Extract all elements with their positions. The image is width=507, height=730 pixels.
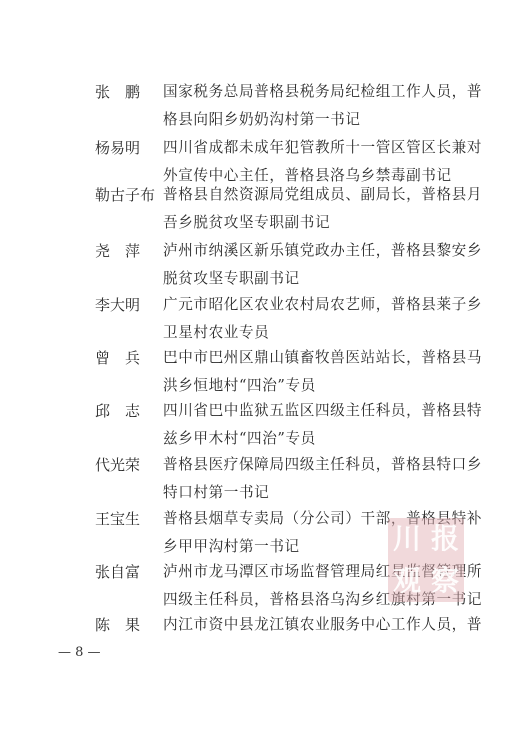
person-name: 李大明	[95, 291, 157, 319]
person-description: 泸州市纳溪区新乐镇党政办主任，普格县黎安乡 脱贫攻坚专职副书记	[163, 237, 463, 293]
person-name: 王宝生	[95, 505, 157, 533]
person-name: 曾 兵	[95, 344, 157, 372]
person-name: 杨易明	[95, 134, 157, 162]
person-description: 四川省巴中监狱五监区四级主任科员，普格县特 兹乡甲木村“四治”专员	[163, 397, 463, 453]
person-description: 普格县医疗保障局四级主任科员，普格县特口乡 特口村第一书记	[163, 451, 463, 507]
person-description: 广元市昭化区农业农村局农艺师，普格县莱子乡 卫星村农业专员	[163, 291, 463, 347]
person-description: 普格县自然资源局党组成员、副局长，普格县月 吾乡脱贫攻坚专职副书记	[163, 181, 463, 237]
person-description: 巴中市巴州区鼎山镇畜牧兽医站站长，普格县马 洪乡恒地村“四治”专员	[163, 344, 463, 400]
watermark-stamp: 川 报 观 察	[388, 518, 464, 602]
person-name: 陈 果	[95, 611, 157, 639]
person-name: 尧 萍	[95, 237, 157, 265]
person-name: 邱 志	[95, 397, 157, 425]
person-description: 内江市资中县龙江镇农业服务中心工作人员，普	[163, 611, 463, 639]
person-name: 张自富	[95, 558, 157, 586]
page-number: — 8 —	[58, 645, 101, 660]
person-name: 张 鹏	[95, 78, 157, 106]
person-name: 勒古子布	[95, 181, 157, 209]
person-name: 代光荣	[95, 451, 157, 479]
person-description: 国家税务总局普格县税务局纪检组工作人员，普 格县向阳乡奶奶沟村第一书记	[163, 78, 463, 134]
